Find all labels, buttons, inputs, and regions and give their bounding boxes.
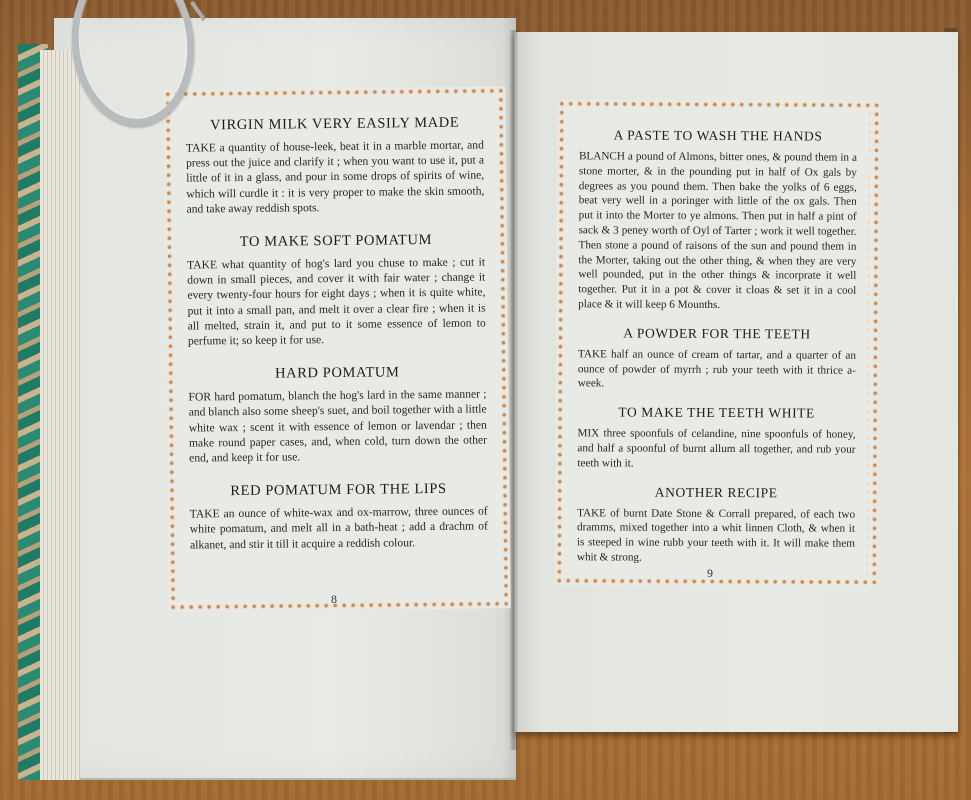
recipe-title: HARD POMATUM [188, 364, 486, 384]
recipe-hard-pomatum: HARD POMATUM FOR hard pomatum, blanch th… [188, 364, 487, 466]
recipe-body: TAKE half an ounce of cream of tartar, a… [578, 347, 856, 393]
recipe-red-pomatum: RED POMATUM FOR THE LIPS TAKE an ounce o… [189, 481, 488, 553]
recipe-body: BLANCH a pound of Almons, bitter ones, &… [578, 149, 857, 313]
recipe-virgin-milk: VIRGIN MILK VERY EASILY MADE TAKE a quan… [186, 114, 485, 216]
recipe-body: FOR hard pomatum, blanch the hog's lard … [188, 387, 487, 466]
recipe-teeth-white: TO MAKE THE TEETH WHITE MIX three spoonf… [577, 404, 855, 472]
page-number-left: 8 [331, 592, 337, 607]
recipe-body: TAKE of burnt Date Stone & Corrall prepa… [577, 506, 855, 567]
recipe-title: TO MAKE SOFT POMATUM [187, 231, 485, 251]
recipe-title: VIRGIN MILK VERY EASILY MADE [186, 114, 484, 134]
ornamental-border-right: A PASTE TO WASH THE HANDS BLANCH a pound… [555, 99, 880, 587]
recipe-body: TAKE an ounce of white-wax and ox-marrow… [190, 504, 488, 553]
left-page-text-block: VIRGIN MILK VERY EASILY MADE TAKE a quan… [173, 96, 500, 601]
recipe-soft-pomatum: TO MAKE SOFT POMATUM TAKE what quantity … [187, 231, 486, 348]
recipe-title: TO MAKE THE TEETH WHITE [578, 404, 856, 421]
right-page-text-block: A PASTE TO WASH THE HANDS BLANCH a pound… [565, 109, 869, 577]
ornamental-border-left: VIRGIN MILK VERY EASILY MADE TAKE a quan… [163, 86, 510, 612]
recipe-title: RED POMATUM FOR THE LIPS [189, 481, 487, 501]
recipe-another: ANOTHER RECIPE TAKE of burnt Date Stone … [577, 484, 855, 567]
recipe-title: ANOTHER RECIPE [577, 484, 855, 501]
recipe-body: TAKE what quantity of hog's lard you chu… [187, 254, 486, 348]
book-gutter [510, 30, 518, 750]
page-stack-edge [40, 50, 80, 780]
recipe-paste-wash-hands: A PASTE TO WASH THE HANDS BLANCH a pound… [578, 127, 857, 313]
recipe-title: A PASTE TO WASH THE HANDS [579, 127, 857, 144]
page-number-right: 9 [707, 566, 713, 581]
recipe-body: TAKE a quantity of house-leek, beat it i… [186, 137, 485, 216]
recipe-powder-teeth: A POWDER FOR THE TEETH TAKE half an ounc… [578, 325, 856, 393]
recipe-title: A POWDER FOR THE TEETH [578, 325, 856, 342]
recipe-body: MIX three spoonfuls of celandine, nine s… [577, 426, 855, 472]
